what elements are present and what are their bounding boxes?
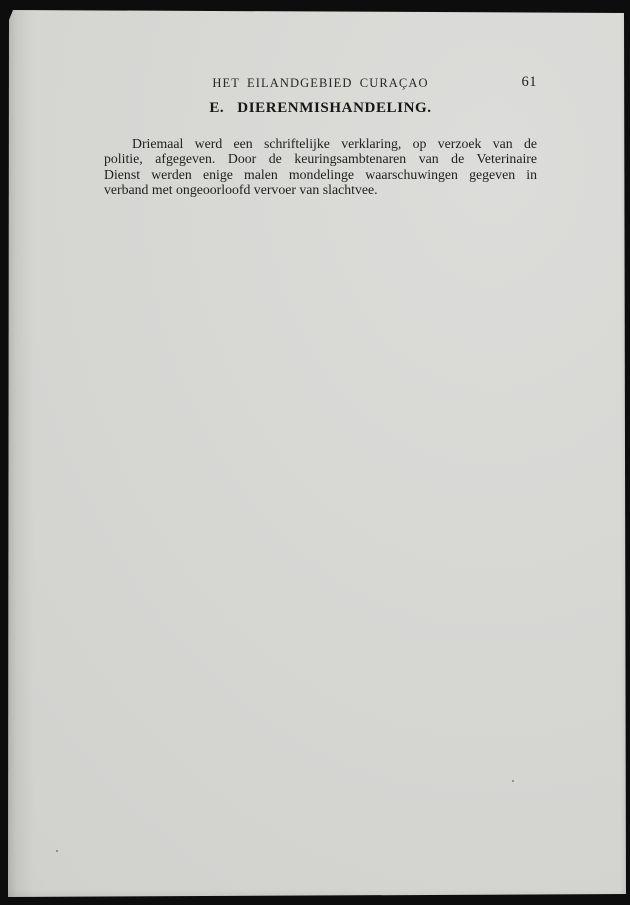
page-header: HET EILANDGEBIED CURAÇAO 61	[104, 76, 537, 94]
dust-speck	[512, 780, 514, 782]
section-heading: DIERENMISHANDELING.	[237, 100, 431, 116]
running-title: HET EILANDGEBIED CURAÇAO	[212, 76, 428, 90]
section-letter: E.	[209, 100, 224, 116]
paragraph-line: Dienst werden enige malen mondelinge waa…	[104, 167, 537, 182]
dust-speck	[56, 850, 58, 852]
body-paragraph: Driemaal werd een schriftelijke verklari…	[104, 136, 537, 198]
paragraph-line: politie, afgegeven. Door de keuringsambt…	[104, 151, 537, 166]
scanned-book-page: HET EILANDGEBIED CURAÇAO 61 E.DIERENMISH…	[0, 0, 630, 905]
paragraph-line: verband met ongeoorloofd vervoer van sla…	[104, 182, 537, 197]
paragraph-line: Driemaal werd een schriftelijke verklari…	[104, 136, 537, 151]
section-title: E.DIERENMISHANDELING.	[104, 100, 537, 117]
page-number: 61	[522, 74, 538, 91]
